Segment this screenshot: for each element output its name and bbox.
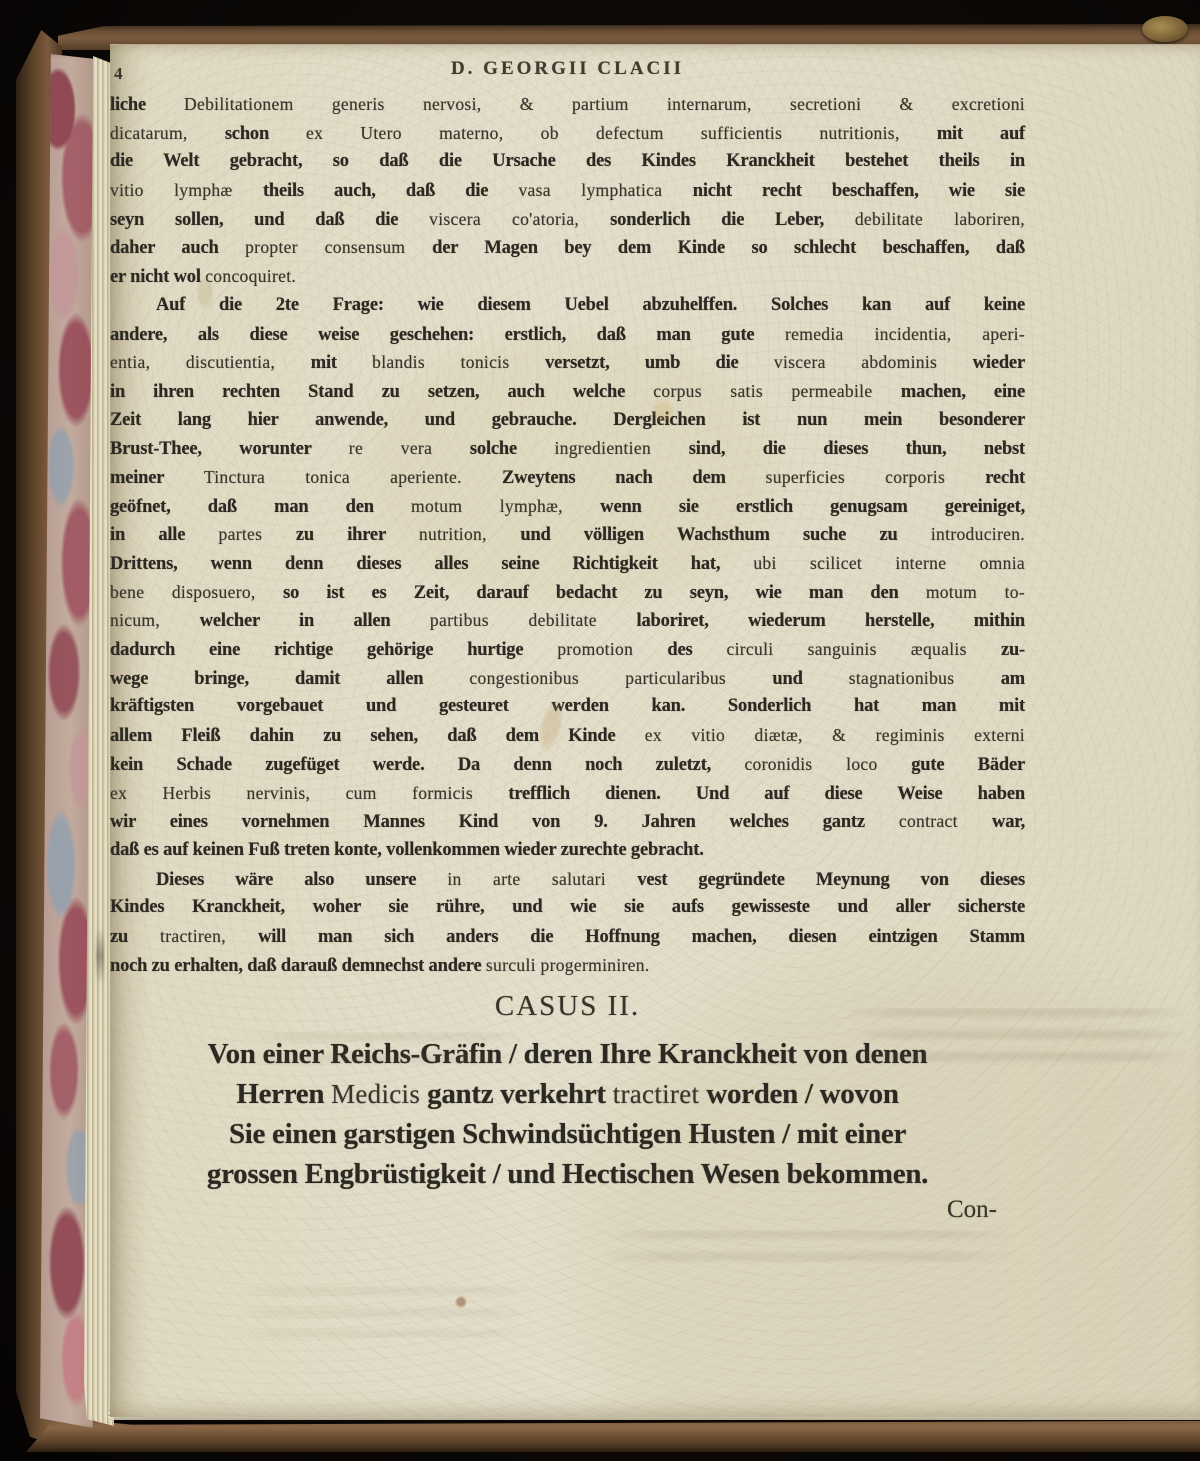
text-line: in ihren rechten Stand zu setzen, auch w… bbox=[110, 377, 1025, 406]
scanned-book-page: { "page": { "header": { "page_number": "… bbox=[0, 0, 1200, 1461]
body-text: liche Debilitationem generis nervosi, & … bbox=[110, 90, 1025, 979]
catchword: Con- bbox=[110, 1196, 1025, 1224]
text-line: seyn sollen, und daß die viscera co'ator… bbox=[110, 205, 1025, 234]
text-line: in alle partes zu ihrer nutrition, und v… bbox=[110, 520, 1025, 549]
page-header: 4 D. GEORGII CLACII bbox=[110, 58, 1025, 84]
text-line: ex Herbis nervinis, cum formicis treffli… bbox=[110, 779, 1025, 808]
bleedthrough-text-below-heading bbox=[600, 1230, 1015, 1264]
text-line: geöfnet, daß man den motum lymphæ, wenn … bbox=[110, 492, 1025, 521]
text-line: bene disposuero, so ist es Zeit, darauf … bbox=[110, 578, 1025, 607]
text-line: dicatarum, schon ex Utero materno, ob de… bbox=[110, 119, 1025, 148]
bleedthrough-text-bottom-left bbox=[235, 1286, 535, 1338]
text-line: Drittens, wenn denn dieses alles seine R… bbox=[110, 549, 1025, 578]
text-line: nicum, welcher in allen partibus debilit… bbox=[110, 606, 1025, 635]
bleedthrough-text-right-of-casus bbox=[845, 1008, 1190, 1070]
text-line: die Welt gebracht, so daß die Ursache de… bbox=[110, 147, 1025, 176]
text-line: dadurch eine richtige gehörige hurtige p… bbox=[110, 635, 1025, 664]
running-title: D. GEORGII CLACII bbox=[110, 58, 1025, 80]
cover-corner-detail bbox=[1142, 16, 1188, 42]
paper-stain bbox=[455, 1296, 467, 1308]
text-line: allem Fleiß dahin zu sehen, daß dem Kind… bbox=[110, 721, 1025, 750]
text-line: zu tractiren, will man sich anders die H… bbox=[110, 922, 1025, 951]
text-line: wege bringe, damit allen congestionibus … bbox=[110, 664, 1025, 693]
text-line: Dieses wäre also unsere in arte salutari… bbox=[110, 865, 1025, 894]
text-line: Kindes Kranckheit, woher sie rühre, und … bbox=[110, 893, 1025, 922]
text-line: er nicht wol concoquiret. bbox=[110, 262, 1025, 291]
text-line: entia, discutientia, mit blandis tonicis… bbox=[110, 348, 1025, 377]
text-line: Sie einen garstigen Schwindsüchtigen Hus… bbox=[110, 1114, 1025, 1154]
page-number: 4 bbox=[114, 64, 123, 84]
text-line: liche Debilitationem generis nervosi, & … bbox=[110, 90, 1025, 119]
text-line: wir eines vornehmen Mannes Kind von 9. J… bbox=[110, 807, 1025, 836]
text-line: kräftigsten vorgebauet und gesteuret wer… bbox=[110, 692, 1025, 721]
text-line: andere, als diese weise geschehen: erstl… bbox=[110, 320, 1025, 349]
paper-stain bbox=[650, 400, 676, 422]
text-line: grossen Engbrüstigkeit / und Hectischen … bbox=[110, 1154, 1025, 1194]
text-line: kein Schade zugefüget werde. Da denn noc… bbox=[110, 750, 1025, 779]
text-line: daß es auf keinen Fuß treten konte, voll… bbox=[110, 836, 1025, 865]
text-line: noch zu erhalten, daß darauß demnechst a… bbox=[110, 951, 1025, 980]
text-line: meiner Tinctura tonica aperiente. Zweyte… bbox=[110, 463, 1025, 492]
text-line: Brust-Thee, worunter re vera solche ingr… bbox=[110, 434, 1025, 463]
text-line: daher auch propter consensum der Magen b… bbox=[110, 233, 1025, 262]
text-line: Zeit lang hier anwende, und gebrauche. D… bbox=[110, 406, 1025, 435]
paper-stain bbox=[196, 276, 214, 310]
margin-smudge bbox=[96, 928, 104, 984]
text-line: Herren Medicis gantz verkehrt tractiret … bbox=[110, 1074, 1025, 1114]
text-line: vitio lymphæ theils auch, daß die vasa l… bbox=[110, 176, 1025, 205]
bleedthrough-text-left-of-casus bbox=[245, 1032, 525, 1076]
text-line: Auf die 2te Frage: wie diesem Uebel abzu… bbox=[110, 291, 1025, 320]
